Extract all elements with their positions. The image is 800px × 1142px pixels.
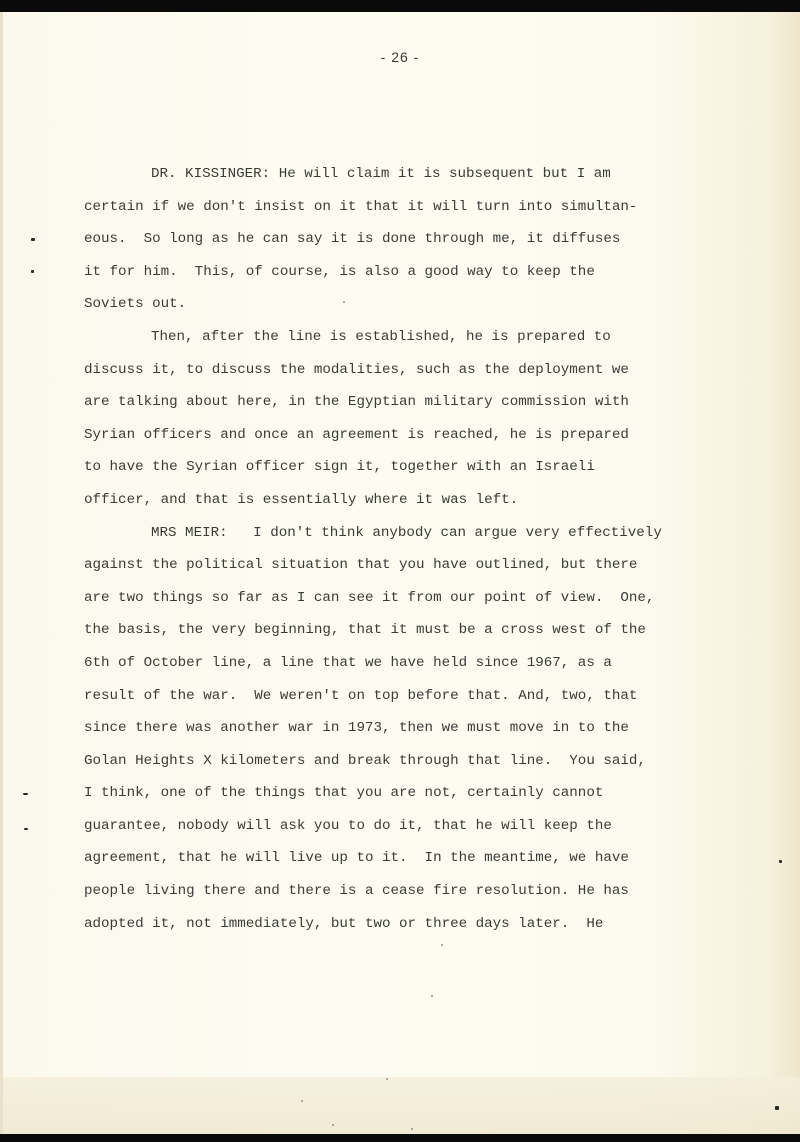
text-line: DR. KISSINGER: He will claim it is subse… <box>84 158 774 191</box>
text-line: I think, one of the things that you are … <box>84 777 774 810</box>
text-line: since there was another war in 1973, the… <box>84 712 774 745</box>
text-line: it for him. This, of course, is also a g… <box>84 256 774 289</box>
text-line: MRS MEIR: I don't think anybody can argu… <box>84 517 774 550</box>
paragraph-kissinger: DR. KISSINGER: He will claim it is subse… <box>84 158 774 321</box>
scan-speck <box>301 1100 303 1102</box>
text-line: the basis, the very beginning, that it m… <box>84 614 774 647</box>
scan-bottom-border <box>0 1134 800 1142</box>
margin-mark <box>24 828 28 830</box>
text-line: officer, and that is essentially where i… <box>84 484 774 517</box>
text-line: to have the Syrian officer sign it, toge… <box>84 451 774 484</box>
paragraph-continuation: Then, after the line is established, he … <box>84 321 774 517</box>
margin-mark <box>775 1106 779 1110</box>
margin-mark <box>31 238 35 241</box>
text-line: are talking about here, in the Egyptian … <box>84 386 774 419</box>
page-left-edge <box>0 12 3 1134</box>
scanned-page-frame: - 26 - DR. KISSINGER: He will claim it i… <box>0 0 800 1142</box>
margin-mark <box>779 860 782 863</box>
text-line: adopted it, not immediately, but two or … <box>84 908 774 941</box>
text-line: 6th of October line, a line that we have… <box>84 647 774 680</box>
transcript-body: DR. KISSINGER: He will claim it is subse… <box>84 158 774 940</box>
text-line: guarantee, nobody will ask you to do it,… <box>84 810 774 843</box>
scan-speck <box>411 1128 413 1130</box>
scan-speck <box>441 944 443 946</box>
paragraph-meir: MRS MEIR: I don't think anybody can argu… <box>84 517 774 941</box>
scan-top-border <box>0 0 800 12</box>
text-line: Golan Heights X kilometers and break thr… <box>84 745 774 778</box>
text-line: people living there and there is a cease… <box>84 875 774 908</box>
scan-speck <box>343 301 345 303</box>
text-line: Syrian officers and once an agreement is… <box>84 419 774 452</box>
text-line: agreement, that he will live up to it. I… <box>84 842 774 875</box>
scan-speck <box>386 1078 388 1080</box>
scan-speck <box>431 995 433 997</box>
scan-speck <box>332 1124 334 1126</box>
text-line: against the political situation that you… <box>84 549 774 582</box>
margin-mark <box>23 793 28 795</box>
text-line: Soviets out. <box>84 288 774 321</box>
text-line: eous. So long as he can say it is done t… <box>84 223 774 256</box>
text-line: are two things so far as I can see it fr… <box>84 582 774 615</box>
page-number: - 26 - <box>0 49 800 65</box>
text-line: certain if we don't insist on it that it… <box>84 191 774 224</box>
margin-mark <box>31 270 34 273</box>
text-line: discuss it, to discuss the modalities, s… <box>84 354 774 387</box>
text-line: Then, after the line is established, he … <box>84 321 774 354</box>
text-line: result of the war. We weren't on top bef… <box>84 680 774 713</box>
